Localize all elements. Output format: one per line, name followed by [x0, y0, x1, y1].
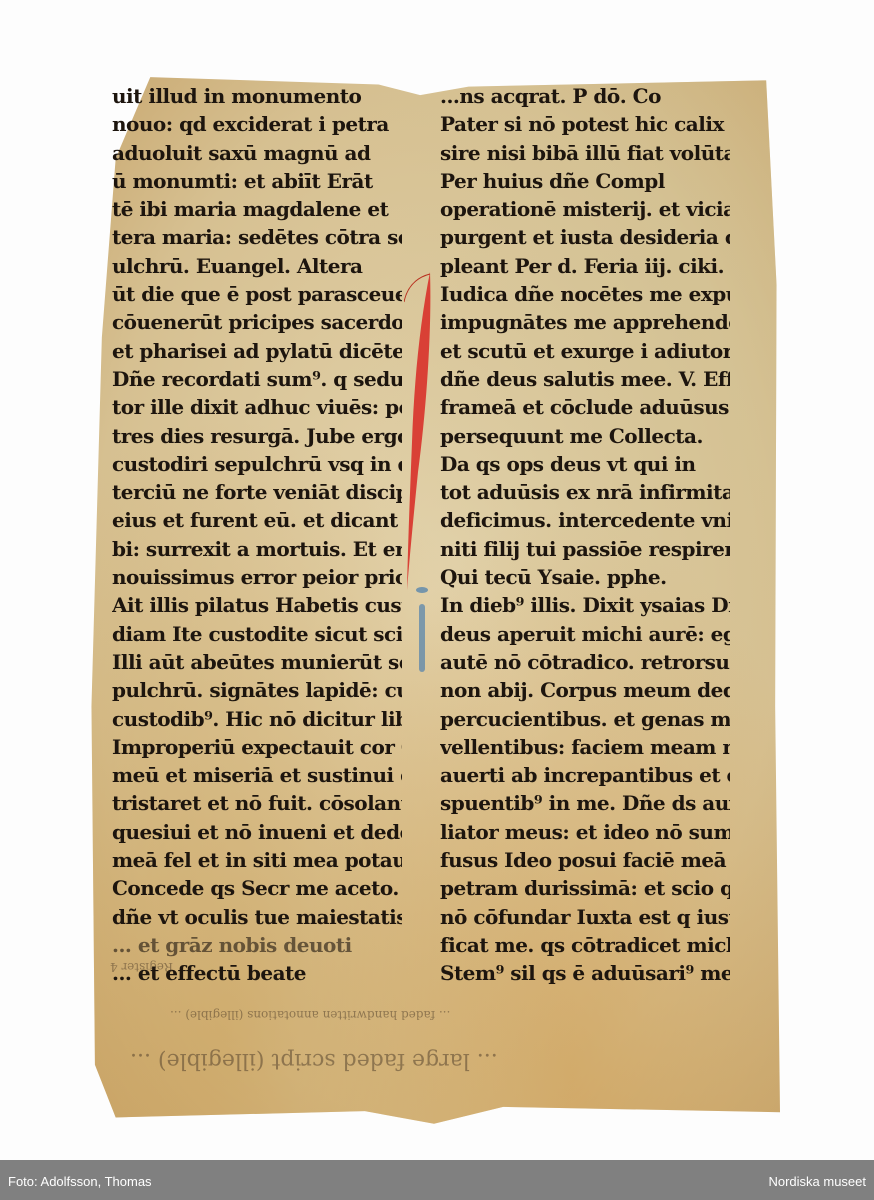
text-line: non abij. Corpus meum dedi — [440, 676, 730, 704]
marginal-annotations: Register 4 ... faded handwritten annotat… — [110, 970, 770, 1120]
text-line: petram durissimā: et scio qm — [440, 874, 730, 902]
text-line: quesiui et nō inueni et dederūt i escā — [112, 818, 402, 846]
text-line: ... et grāz nobis deuoti — [112, 931, 402, 959]
text-line: spuentib⁹ in me. Dñe ds auxi — [440, 789, 730, 817]
text-line: et scutū et exurge i adiutoriū meū — [440, 337, 730, 365]
text-line: eius et furent eū. et dicant ple — [112, 506, 402, 534]
faded-annotation: ... faded handwritten annotations (illeg… — [170, 1008, 450, 1022]
text-line: auerti ab increpantibus et cō — [440, 761, 730, 789]
text-line: In dieb⁹ illis. Dixit ysaias Dñs — [440, 591, 730, 619]
text-line: nouo: qd exciderat i petra — [112, 110, 402, 138]
text-line: meū et miseriā et sustinui q sil cō- — [112, 761, 402, 789]
text-line: Illi aūt abeūtes munierūt se- — [112, 648, 402, 676]
text-line: deus aperuit michi aurē: ego — [440, 620, 730, 648]
text-line: Iudica dñe nocētes me expugna — [440, 280, 730, 308]
text-line: Ait illis pilatus Habetis custo — [112, 591, 402, 619]
text-line: terciū ne forte veniāt discipuli — [112, 478, 402, 506]
text-line: deficimus. intercedente vnige — [440, 506, 730, 534]
text-line: frameā et cōclude aduūsus eos qui — [440, 393, 730, 421]
text-line: diam Ite custodite sicut scitis — [112, 620, 402, 648]
text-line: tera maria: sedētes cōtra se — [112, 223, 402, 251]
text-line: nō cōfundar Iuxta est q iusti — [440, 903, 730, 931]
text-line: cōuenerūt pricipes sacerdotū — [112, 308, 402, 336]
text-line: ulchrū. Euangel. Altera — [112, 252, 402, 280]
text-line: liator meus: et ideo nō sum cō — [440, 818, 730, 846]
text-line: Da qs ops deus vt qui in — [440, 450, 730, 478]
text-line: Concede qs Secr me aceto. — [112, 874, 402, 902]
text-line: tor ille dixit adhuc viuēs: post — [112, 393, 402, 421]
text-line: bi: surrexit a mortuis. Et erit — [112, 535, 402, 563]
text-line: uit illud in monumento — [112, 82, 402, 110]
text-line: Improperiū expectauit cor Off. — [112, 733, 402, 761]
text-line: impugnātes me apprehende arma — [440, 308, 730, 336]
text-line: dñe deus salutis mee. V. Effunde — [440, 365, 730, 393]
photographer-credit: Foto: Adolfsson, Thomas — [8, 1174, 152, 1189]
text-line: meā fel et in siti mea potauerunt — [112, 846, 402, 874]
text-line: persequunt me Collecta. — [440, 422, 730, 450]
text-line: niti filij tui passiōe respirem⁹. — [440, 535, 730, 563]
text-line: ficat me. qs cōtradicet michi? — [440, 931, 730, 959]
faded-script: ... large faded script (illegible) ... — [130, 1048, 498, 1073]
text-line: pulchrū. signātes lapidē: cum — [112, 676, 402, 704]
red-initial-flourish — [404, 272, 434, 592]
text-line: et pharisei ad pylatū dicētes. — [112, 337, 402, 365]
photo-stage: uit illud in monumento nouo: qd excidera… — [0, 0, 874, 1160]
text-line: custodiri sepulchrū vsq in diē — [112, 450, 402, 478]
text-line: aduoluit saxū magnū ad — [112, 139, 402, 167]
text-line: sire nisi bibā illū fiat volūtas tua — [440, 139, 730, 167]
text-line: ...ns acqrat. P dō. Co — [440, 82, 730, 110]
text-line: operationē misterij. et vicia nrā — [440, 195, 730, 223]
text-line: pleant Per d. Feria iij. ciki. — [440, 252, 730, 280]
right-text-column: ...ns acqrat. P dō. Co Pater si nō potes… — [440, 82, 730, 988]
institution-credit: Nordiska museet — [768, 1174, 866, 1189]
text-line: dñe vt oculis tue maiestatis mu — [112, 903, 402, 931]
text-line: Per huius dñe Compl — [440, 167, 730, 195]
text-line: autē nō cōtradico. retrorsum — [440, 648, 730, 676]
text-line: Qui tecū Ysaie. pphe. — [440, 563, 730, 591]
text-line: nouissimus error peior priore — [112, 563, 402, 591]
blue-initial-flourish — [415, 584, 429, 674]
text-line: tot aduūsis ex nrā infirmitate — [440, 478, 730, 506]
text-line: fusus Ideo posui faciē meā vt — [440, 846, 730, 874]
left-text-column: uit illud in monumento nouo: qd excidera… — [112, 82, 402, 988]
text-line: percucientibus. et genas meas — [440, 705, 730, 733]
text-line: tres dies resurgā. Jube ergo — [112, 422, 402, 450]
text-line: ūt die que ē post parasceuen: — [112, 280, 402, 308]
text-line: ū monumti: et abiīt Erāt — [112, 167, 402, 195]
text-line: purgent et iusta desideria cō- — [440, 223, 730, 251]
text-line: vellentibus: faciem meam nō — [440, 733, 730, 761]
text-line: tē ibi maria magdalene et — [112, 195, 402, 223]
text-line: Pater si nō potest hic calix trā — [440, 110, 730, 138]
register-note: Register 4 — [110, 960, 173, 974]
text-line: Dñe recordati sum⁹. q seduc — [112, 365, 402, 393]
text-line: custodib⁹. Hic nō dicitur libr — [112, 705, 402, 733]
text-line: tristaret et nō fuit. cōsolantē me — [112, 789, 402, 817]
credit-bar: Foto: Adolfsson, Thomas Nordiska museet — [0, 1160, 874, 1200]
